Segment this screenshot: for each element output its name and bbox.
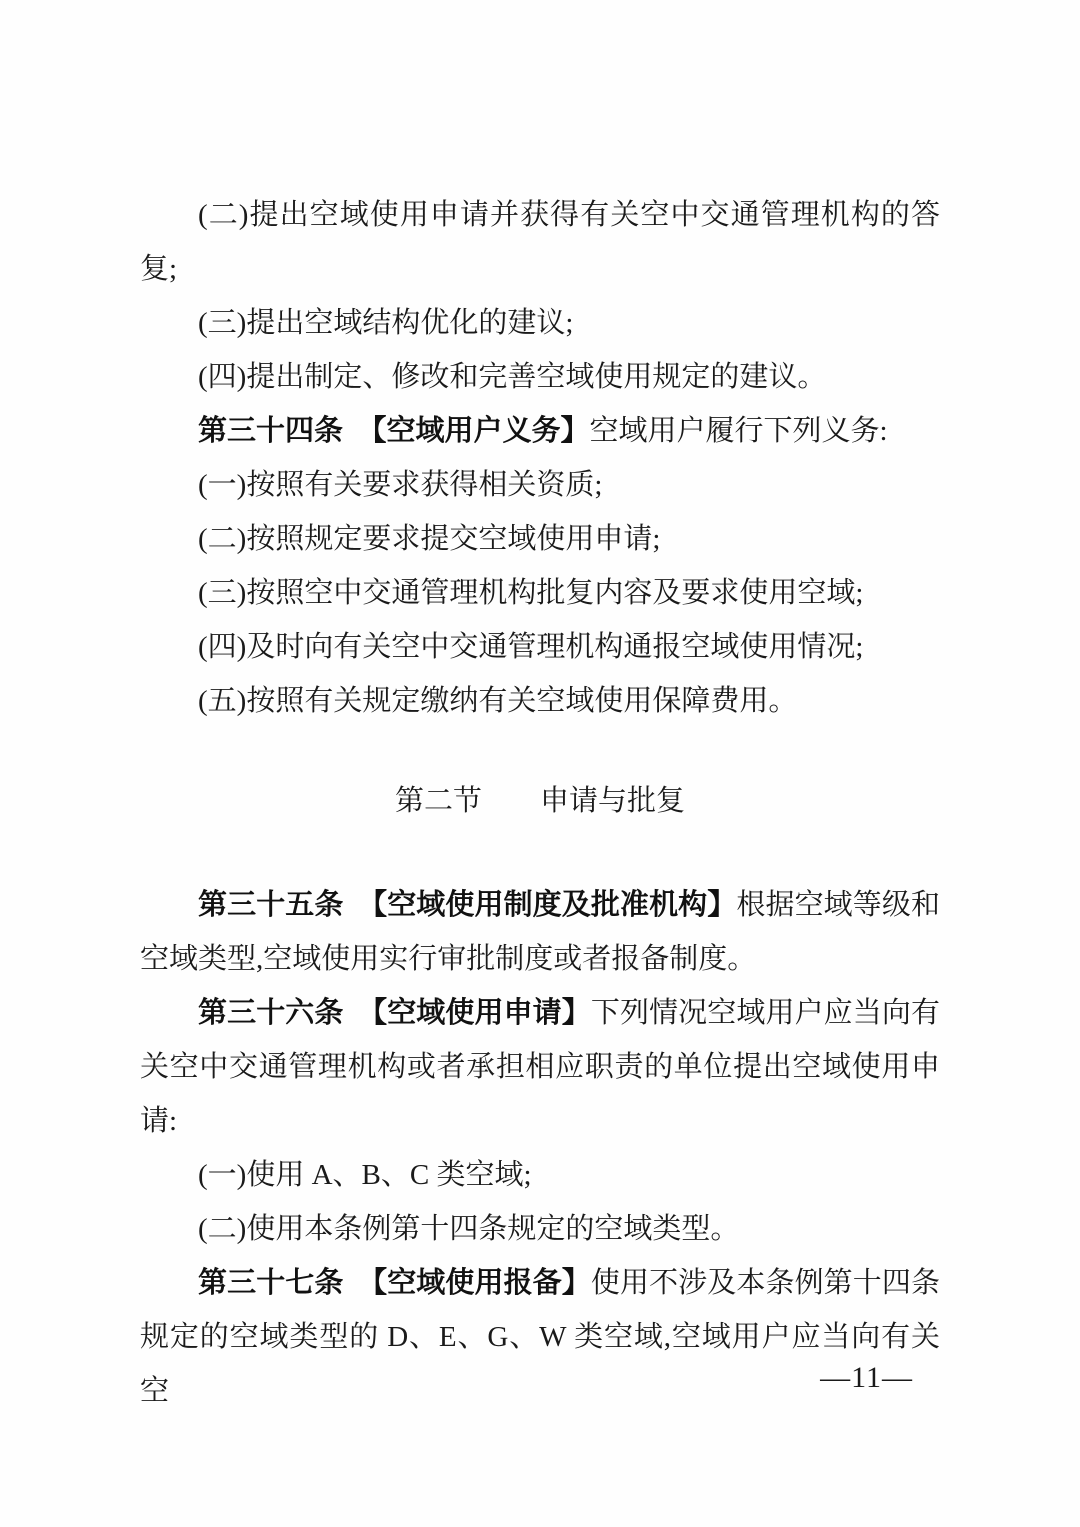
paragraph: (三)提出空域结构优化的建议; bbox=[140, 296, 940, 350]
article-lead: 第三十五条 【空域使用制度及批准机构】 bbox=[198, 889, 736, 921]
paragraph: (三)按照空中交通管理机构批复内容及要求使用空域; bbox=[140, 566, 940, 620]
article-paragraph: 第三十六条 【空域使用申请】下列情况空域用户应当向有关空中交通管理机构或者承担相… bbox=[140, 986, 940, 1148]
paragraph-text: (三)按照空中交通管理机构批复内容及要求使用空域; bbox=[198, 577, 863, 609]
paragraph: (四)提出制定、修改和完善空域使用规定的建议。 bbox=[140, 350, 940, 404]
paragraph: (二)按照规定要求提交空域使用申请; bbox=[140, 512, 940, 566]
paragraph: (一)按照有关要求获得相关资质; bbox=[140, 458, 940, 512]
paragraph: (四)及时向有关空中交通管理机构通报空域使用情况; bbox=[140, 620, 940, 674]
article-lead: 第三十四条 【空域用户义务】 bbox=[198, 415, 590, 447]
paragraph: (一)使用 A、B、C 类空域; bbox=[140, 1148, 940, 1202]
paragraph: (二)提出空域使用申请并获得有关空中交通管理机构的答复; bbox=[140, 188, 940, 296]
document-page: (二)提出空域使用申请并获得有关空中交通管理机构的答复;(三)提出空域结构优化的… bbox=[0, 0, 1080, 1527]
paragraph-text: (一)按照有关要求获得相关资质; bbox=[198, 469, 602, 501]
paragraph-text: (四)提出制定、修改和完善空域使用规定的建议。 bbox=[198, 361, 826, 393]
paragraph-text: (四)及时向有关空中交通管理机构通报空域使用情况; bbox=[198, 631, 863, 663]
article-paragraph: 第三十五条 【空域使用制度及批准机构】根据空域等级和空域类型,空域使用实行审批制… bbox=[140, 878, 940, 986]
paragraph-text: 第二节 申请与批复 bbox=[395, 785, 685, 817]
document-content: (二)提出空域使用申请并获得有关空中交通管理机构的答复;(三)提出空域结构优化的… bbox=[140, 188, 940, 1418]
paragraph-text: 空域用户履行下列义务: bbox=[590, 415, 888, 447]
article-lead: 第三十七条 【空域使用报备】 bbox=[198, 1267, 591, 1299]
paragraph: (五)按照有关规定缴纳有关空域使用保障费用。 bbox=[140, 674, 940, 728]
article-lead: 第三十六条 【空域使用申请】 bbox=[198, 997, 591, 1029]
paragraph: (二)使用本条例第十四条规定的空域类型。 bbox=[140, 1202, 940, 1256]
paragraph-text: (五)按照有关规定缴纳有关空域使用保障费用。 bbox=[198, 685, 797, 717]
page-number: —11— bbox=[820, 1360, 913, 1396]
paragraph-text: (一)使用 A、B、C 类空域; bbox=[198, 1159, 532, 1191]
section-heading: 第二节 申请与批复 bbox=[140, 774, 940, 828]
paragraph-text: (二)使用本条例第十四条规定的空域类型。 bbox=[198, 1213, 739, 1245]
paragraph-text: (二)按照规定要求提交空域使用申请; bbox=[198, 523, 660, 555]
paragraph-text: (三)提出空域结构优化的建议; bbox=[198, 307, 573, 339]
paragraph-text: (二)提出空域使用申请并获得有关空中交通管理机构的答复; bbox=[140, 199, 940, 285]
article-paragraph: 第三十四条 【空域用户义务】空域用户履行下列义务: bbox=[140, 404, 940, 458]
